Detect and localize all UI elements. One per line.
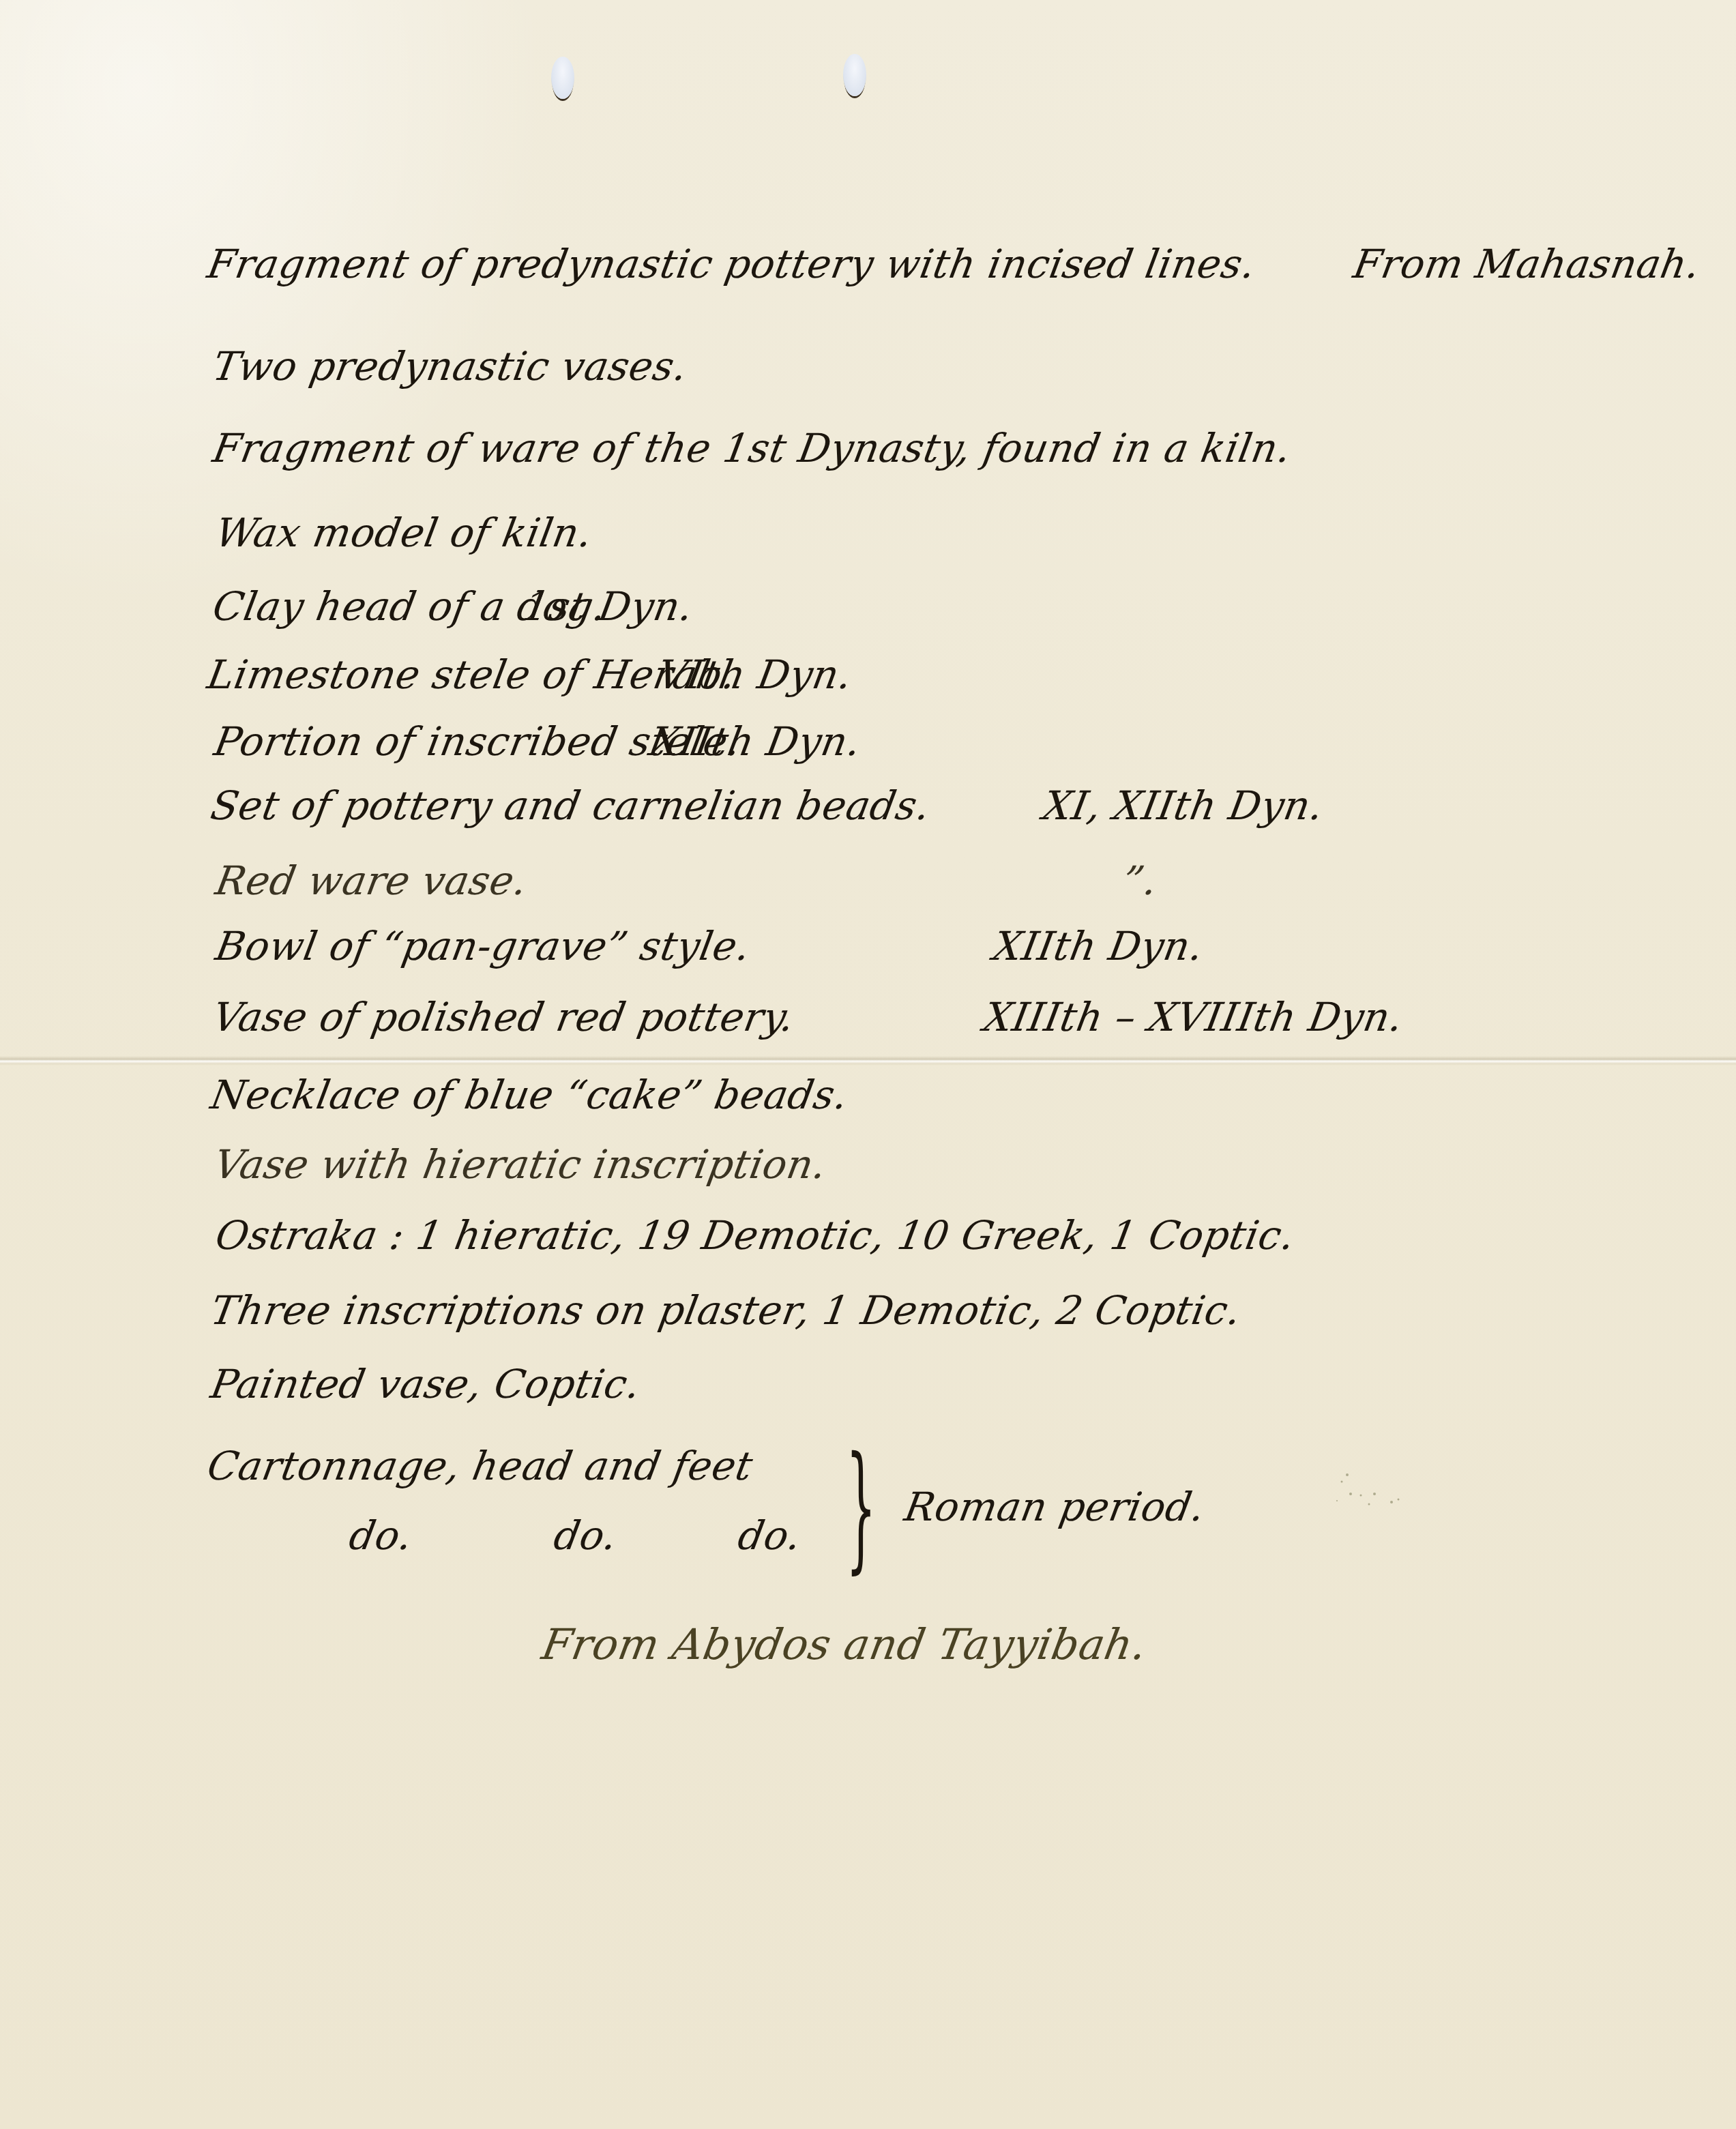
item-description: Three inscriptions on plaster, 1 Demotic…	[207, 1287, 1245, 1334]
item-dynasty: XI, XIIth Dyn.	[1040, 786, 1327, 825]
item-description: Vase of polished red pottery.	[209, 994, 798, 1040]
list-item: Fragment of ware of the 1st Dynasty, fou…	[210, 428, 1294, 468]
paper-fold-crease	[0, 1056, 1736, 1066]
list-item: Wax model of kiln.	[213, 513, 595, 553]
item-description: Wax model of kiln.	[212, 510, 596, 556]
item-description: Vase with hieratic inscription.	[211, 1141, 830, 1188]
item-description: Set of pottery and carnelian beads.	[207, 782, 934, 829]
list-item: Vase with hieratic inscription.	[211, 1145, 829, 1184]
item-dynasty: XIIth Dyn.	[648, 722, 864, 761]
list-item: Ostraka : 1 hieratic, 19 Demotic, 10 Gre…	[213, 1216, 1298, 1255]
list-item: Red ware vase. ”.	[213, 861, 530, 900]
brace-bracket: }	[846, 1443, 855, 1572]
item-provenance: From Mahasnah.	[1351, 244, 1703, 284]
item-ditto-mark: ”.	[1120, 861, 1160, 900]
list-item: Bowl of “pan-grave” style. XIIth Dyn.	[213, 926, 753, 966]
item-dynasty: XIIIth – XVIIIth Dyn.	[981, 997, 1406, 1037]
list-item: Three inscriptions on plaster, 1 Demotic…	[208, 1291, 1244, 1330]
item-dynasty: VIth Dyn.	[655, 655, 855, 694]
item-description: Fragment of predynastic pottery with inc…	[204, 241, 1259, 287]
item-description: Ostraka : 1 hieratic, 19 Demotic, 10 Gre…	[212, 1212, 1298, 1259]
list-item: Portion of inscribed stele. XIIth Dyn.	[211, 722, 744, 761]
list-item: Necklace of blue “cake” beads.	[208, 1075, 851, 1115]
list-item: Vase of polished red pottery. XIIIth – X…	[210, 997, 797, 1037]
list-item: Set of pottery and carnelian beads. XI, …	[208, 786, 933, 825]
list-item: Fragment of predynastic pottery with inc…	[205, 244, 1259, 284]
item-description: Fragment of ware of the 1st Dynasty, fou…	[209, 425, 1295, 471]
punch-hole-left	[551, 57, 574, 99]
ditto-mark: do.	[735, 1516, 804, 1555]
roman-group-line1: Cartonnage, head and feet	[205, 1446, 756, 1486]
roman-period-label: Roman period.	[902, 1487, 1208, 1527]
punch-hole-right	[843, 54, 866, 96]
item-description: Necklace of blue “cake” beads.	[207, 1072, 851, 1118]
list-item: Two predynastic vases.	[210, 347, 690, 386]
list-item: Limestone stele of Herab. VIth Dyn.	[205, 655, 739, 694]
ditto-mark: do.	[551, 1516, 620, 1555]
item-description: Two predynastic vases.	[209, 343, 691, 390]
item-description: Red ware vase.	[212, 857, 531, 904]
ditto-mark: do.	[347, 1516, 415, 1555]
item-dynasty: XIIth Dyn.	[990, 926, 1207, 966]
list-item: Clay head of a dog. 1st Dyn.	[210, 587, 610, 626]
provenance-footer: From Abydos and Tayyibah.	[539, 1624, 1150, 1666]
erased-pencil-mark	[1327, 1467, 1415, 1514]
list-item: Painted vase, Coptic.	[208, 1364, 643, 1404]
item-dynasty: 1st Dyn.	[520, 587, 696, 626]
item-description: Painted vase, Coptic.	[207, 1361, 644, 1407]
item-description: Bowl of “pan-grave” style.	[212, 923, 754, 969]
